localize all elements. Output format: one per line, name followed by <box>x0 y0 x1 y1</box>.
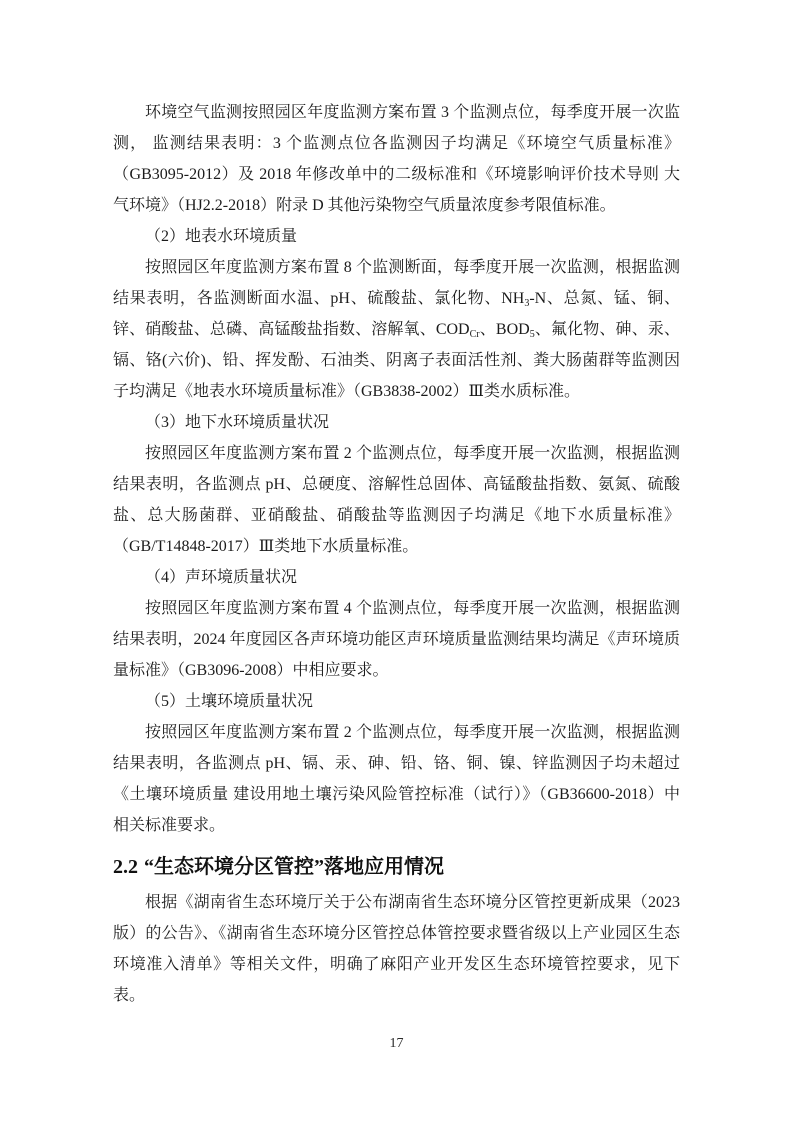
paragraph-zoning-control: 根据《湖南省生态环境厅关于公布湖南省生态环境分区管控更新成果（2023 版）的公… <box>113 887 680 1011</box>
subheading-groundwater: （3）地下水环境质量状况 <box>113 407 680 438</box>
paragraph-noise: 按照园区年度监测方案布置 4 个监测点位，每季度开展一次监测，根据监测结果表明，… <box>113 593 680 686</box>
subheading-noise: （4）声环境质量状况 <box>113 562 680 593</box>
subheading-soil: （5）土壤环境质量状况 <box>113 686 680 717</box>
page-number: 17 <box>0 1034 793 1054</box>
document-page: 环境空气监测按照园区年度监测方案布置 3 个监测点位，每季度开展一次监测， 监测… <box>0 0 793 1122</box>
section-heading-2-2: 2.2“生态环境分区管控”落地应用情况 <box>113 847 680 887</box>
document-body: 环境空气监测按照园区年度监测方案布置 3 个监测点位，每季度开展一次监测， 监测… <box>113 97 680 1011</box>
section-number: 2.2 <box>113 856 138 878</box>
paragraph-groundwater: 按照园区年度监测方案布置 2 个监测点位，每季度开展一次监测，根据监测结果表明，… <box>113 438 680 562</box>
subheading-surface-water: （2）地表水环境质量 <box>113 221 680 252</box>
section-title: “生态环境分区管控”落地应用情况 <box>144 856 444 878</box>
paragraph-surface-water: 按照园区年度监测方案布置 8 个监测断面，每季度开展一次监测，根据监测结果表明，… <box>113 252 680 407</box>
paragraph-air-quality: 环境空气监测按照园区年度监测方案布置 3 个监测点位，每季度开展一次监测， 监测… <box>113 97 680 221</box>
paragraph-soil: 按照园区年度监测方案布置 2 个监测点位，每季度开展一次监测，根据监测结果表明，… <box>113 717 680 841</box>
